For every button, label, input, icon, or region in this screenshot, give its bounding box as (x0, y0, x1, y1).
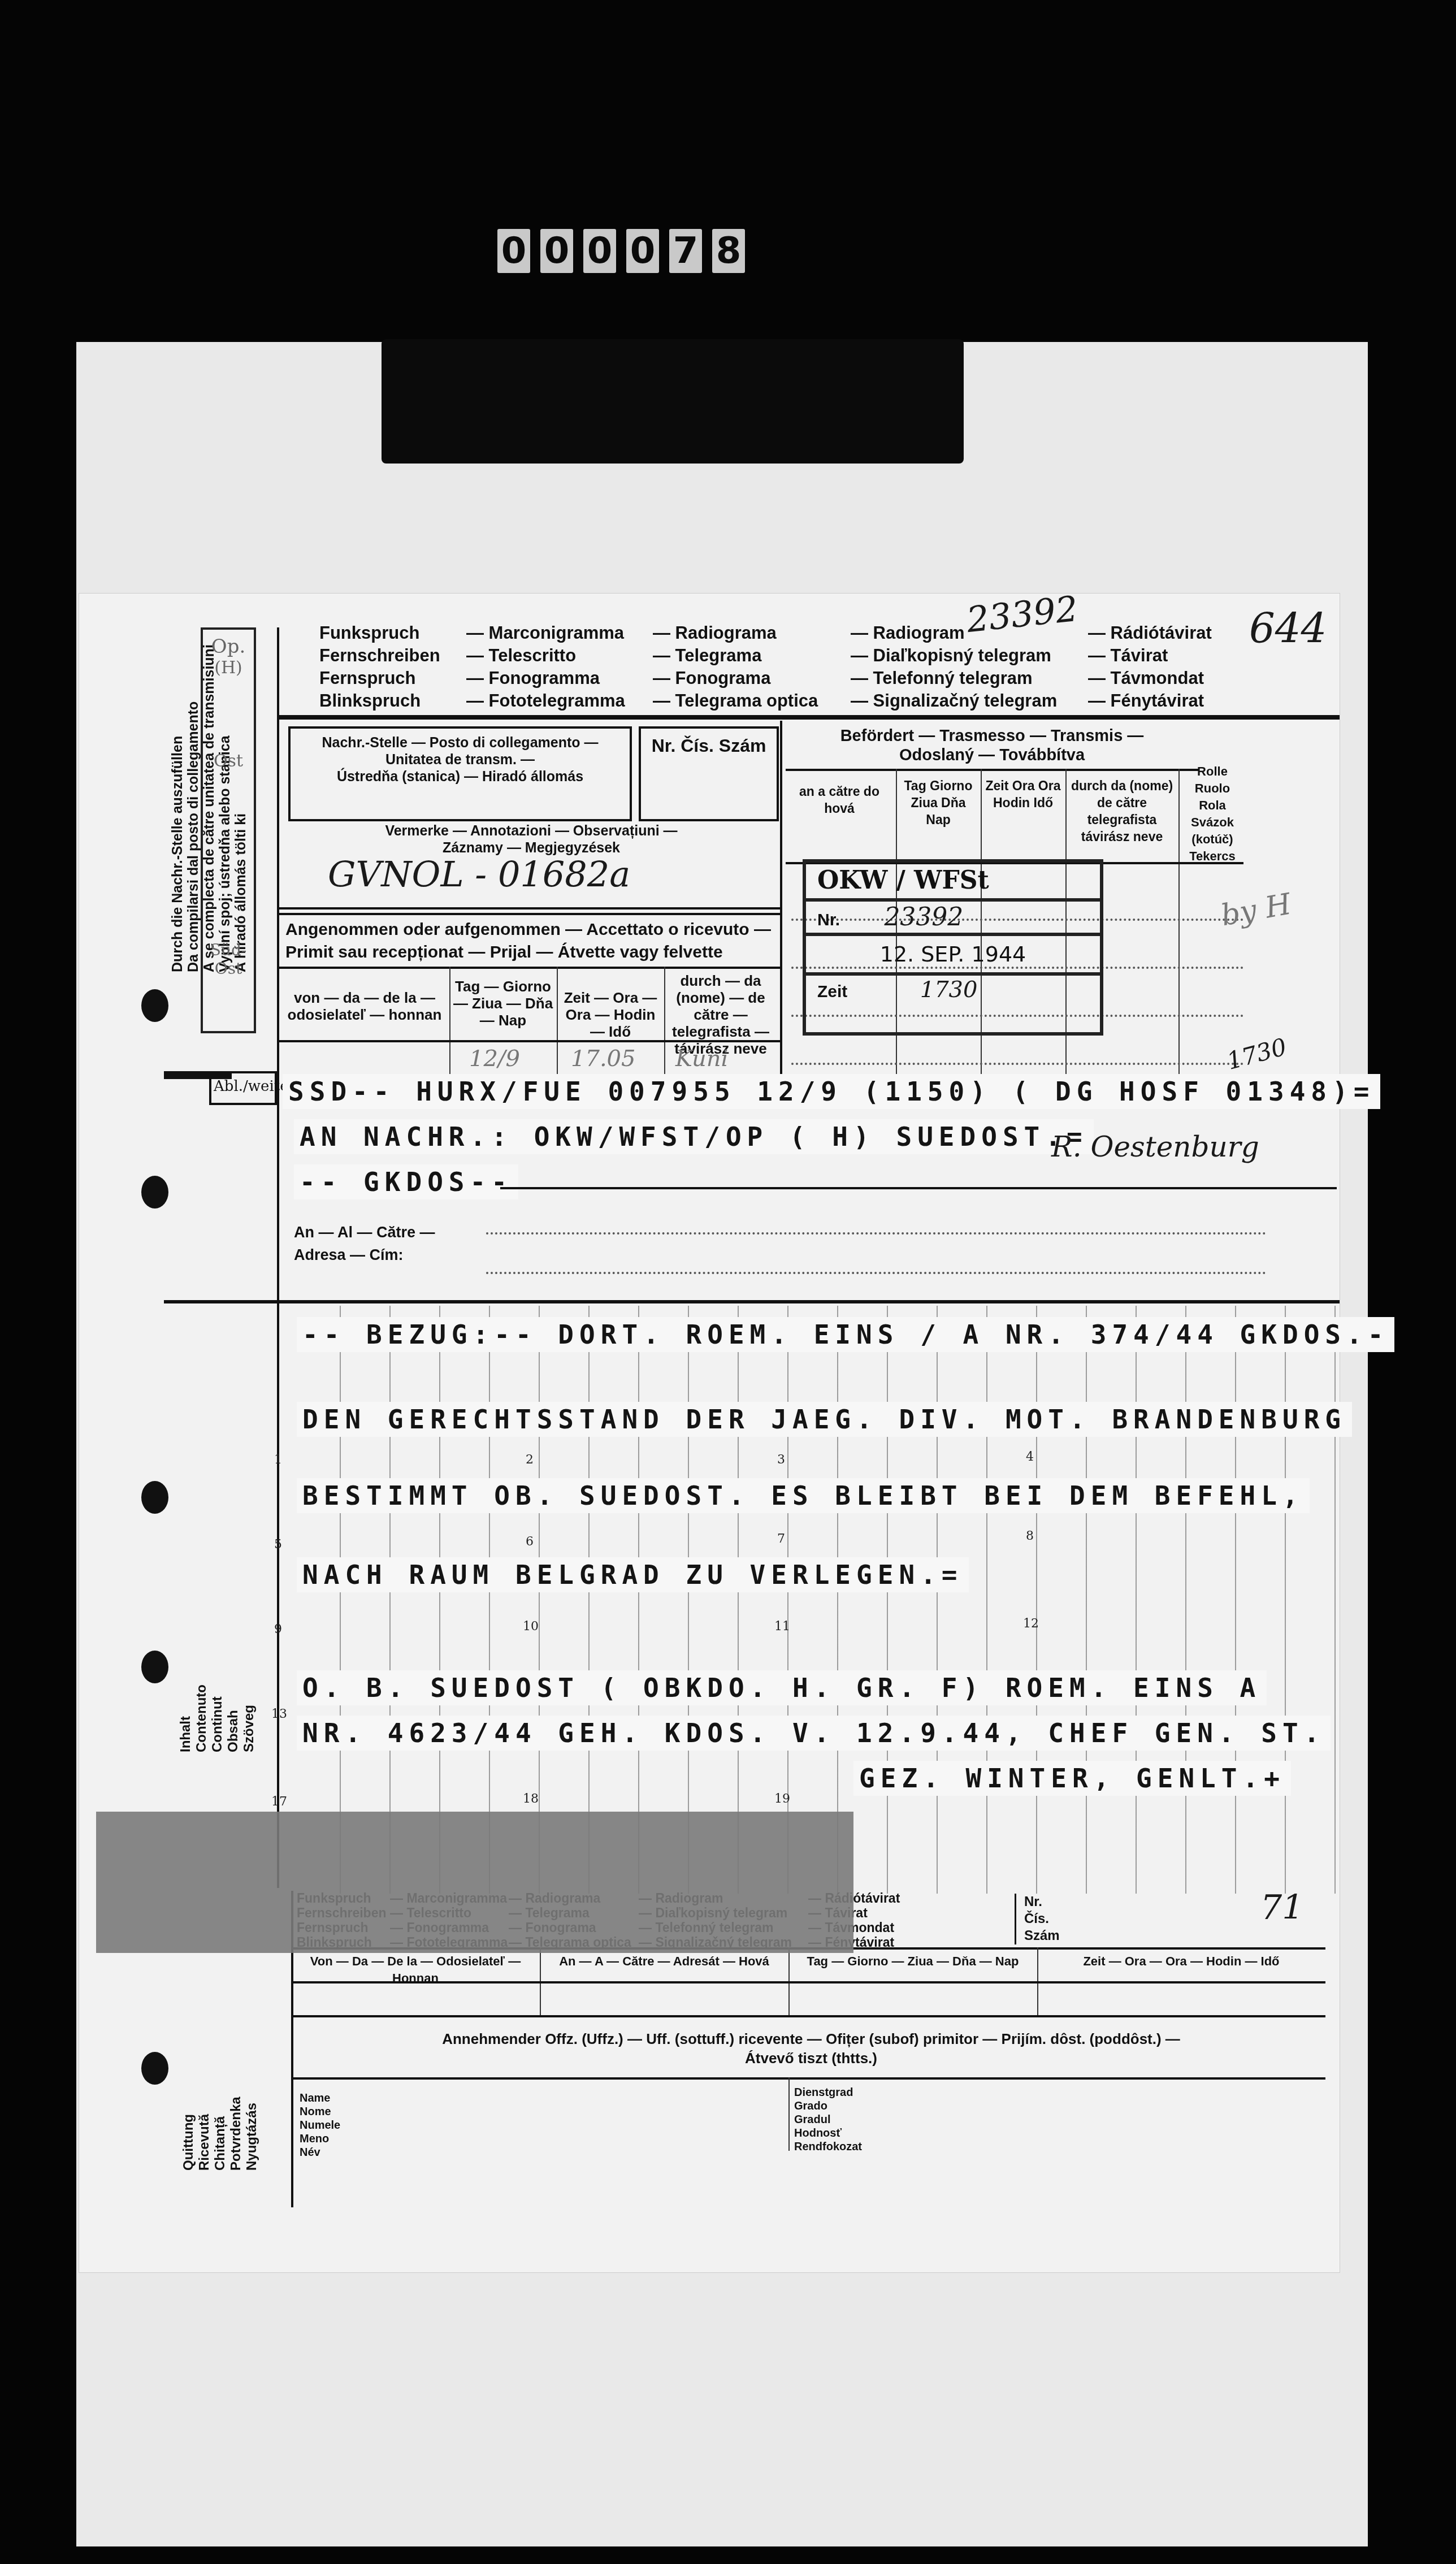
telex-line: SSD-- HURX/FUE 007955 12/9 (1150) ( DG H… (283, 1074, 1380, 1109)
station-box: Nachr.-Stelle — Posto di collegamento — … (288, 726, 632, 821)
station-label: Nachr.-Stelle — Posto di collegamento — (291, 734, 630, 751)
content-label: Inhalt Contenuto Continut Obsah Szöveg (178, 1684, 257, 1752)
handwritten-time: 1730 (1224, 1033, 1289, 1075)
address-label: An — Al — Către — Adresa — Cím: (294, 1221, 435, 1266)
forwarded-label-line: Odoslaný — Továbbítva (786, 746, 1198, 765)
officer-label-line: Annehmender Offz. (Uffz.) — Uff. (sottuf… (294, 2029, 1328, 2048)
telex-line: GEZ. WINTER, GENLT.+ (853, 1761, 1291, 1796)
number-label: Nr. Čís. Szám (641, 735, 777, 756)
handwritten-page-number: 644 (1249, 605, 1327, 652)
stamp-h: (H) (203, 658, 254, 678)
name-label: Name (300, 2091, 340, 2105)
telex-line: -- BEZUG:-- DORT. ROEM. EINS / A NR. 374… (297, 1317, 1394, 1352)
left-border (277, 627, 279, 1888)
punch-hole (141, 1651, 168, 1683)
counter-digit: 0 (540, 229, 573, 273)
received-time-value: 17.05 (571, 1046, 636, 1072)
grid-number: 17 (271, 1795, 287, 1809)
received-day-value: 12/9 (469, 1046, 520, 1072)
name-label: Numele (300, 2119, 340, 2132)
type-hu: — Fénytávirat (1088, 691, 1204, 711)
rank-label: Grado (794, 2099, 862, 2113)
grid-number: 13 (271, 1707, 287, 1721)
content-label-line: Continut (210, 1684, 226, 1752)
grid-number: 12 (1023, 1617, 1039, 1631)
grid-number: 8 (1026, 1529, 1034, 1543)
divider (786, 769, 1198, 771)
side-stamp-box: Op. (H) Ost Süd-Ost (201, 627, 256, 1033)
message-type-row: Blinkspruch— Fototelegramma— Telegrama o… (319, 690, 1204, 712)
type-sk: — Diaľkopisný telegram (851, 644, 1088, 667)
remarks-handwritten: GVNOL - 01682a (328, 854, 630, 895)
name-label: Nome (300, 2105, 340, 2119)
receipt-side-label-line: Nyugtázás (244, 2097, 260, 2171)
station-label: Ústredňa (stanica) — Hiradó állomás (291, 768, 630, 785)
text-grid (291, 1306, 1340, 1894)
telex-line: NR. 4623/44 GEH. KDOS. V. 12.9.44, CHEF … (297, 1716, 1331, 1751)
receipt-handwritten-number: 71 (1260, 1888, 1303, 1928)
remarks-label: Vermerke — Annotazioni — Observațiuni — … (288, 822, 774, 856)
black-marker (164, 1071, 232, 1079)
officer-label-line: Átvevő tiszt (thtts.) (294, 2048, 1328, 2068)
punch-hole (141, 1176, 168, 1209)
receipt-side-label-line: Quittung (181, 2097, 197, 2171)
receipt-col-day: Tag — Giorno — Ziua — Dňa — Nap (791, 1953, 1034, 1970)
rank-label: Rendfokozat (794, 2140, 862, 2154)
signature: R. Oestenburg (1051, 1131, 1259, 1163)
type-ro: — Radiograma (653, 622, 851, 644)
rank-label: Hodnosť (794, 2126, 862, 2140)
type-ro: — Fonograma (653, 667, 851, 690)
name-labels: Name Nome Numele Meno Név (300, 2091, 340, 2159)
number-box: Nr. Čís. Szám (639, 726, 779, 821)
forwarded-col-time: Zeit Ora Ora Hodin Idő (983, 777, 1063, 811)
punch-hole (141, 989, 168, 1022)
rank-labels: Dienstgrad Grado Gradul Hodnosť Rendfoko… (794, 2086, 862, 2154)
address-line (486, 1272, 1266, 1274)
adhesive-tape (96, 1812, 853, 1953)
stamp-ref-value: 23392 (884, 903, 963, 932)
received-col-by: durch — da (nome) — de către — telegrafi… (667, 972, 774, 1057)
received-label-line: Primit sau recepționat — Prijal — Átvett… (285, 941, 771, 964)
receipt-side-label-line: Chitanță (213, 2097, 228, 2171)
grid-number: 9 (274, 1622, 282, 1636)
grid-number: 3 (777, 1453, 785, 1467)
receipt-side-label-line: Ricevută (197, 2097, 213, 2171)
grid-number: 19 (774, 1792, 790, 1806)
rank-label: Gradul (794, 2113, 862, 2126)
name-label: Meno (300, 2132, 340, 2146)
type-de: Fernschreiben (319, 644, 466, 667)
stamp-ost: Ost (203, 751, 254, 771)
type-ro: — Telegrama (653, 644, 851, 667)
divider (277, 913, 780, 915)
forwarded-label: Befördert — Trasmesso — Transmis — Odosl… (786, 726, 1198, 765)
header-divider (277, 715, 1340, 720)
message-type-row: Fernspruch— Fonogramma— Fonograma— Telef… (319, 667, 1204, 690)
grid-number: 4 (1026, 1450, 1034, 1464)
content-label-line: Inhalt (178, 1684, 194, 1752)
counter-digit: 8 (712, 229, 745, 273)
stamp-date: 12. SEP. 1944 (806, 936, 1100, 976)
side-instruction-line: Durch die Nachr.-Stelle auszufüllen (170, 644, 185, 972)
forwarded-label-line: Befördert — Trasmesso — Transmis — (786, 726, 1198, 746)
receipt-number-label-line: Szám (1024, 1928, 1060, 1944)
binder-clip (382, 339, 964, 464)
telex-line: DEN GERECHTSSTAND DER JAEG. DIV. MOT. BR… (297, 1402, 1352, 1437)
side-instruction-line: Da compilarsi dal posto di collegamento (185, 644, 201, 972)
type-it: — Telescritto (466, 644, 653, 667)
col-divider (1178, 769, 1180, 1094)
punch-hole (141, 2052, 168, 2085)
grid-number: 1 (274, 1453, 282, 1467)
address-label-line: An — Al — Către — (294, 1221, 435, 1244)
type-hu: — Rádiótávirat (1088, 623, 1212, 643)
remarks-label-line: Vermerke — Annotazioni — Observațiuni — (288, 822, 774, 839)
divider (291, 1981, 1325, 1983)
counter-digit: 0 (583, 229, 616, 273)
received-col-from: von — da — de la — odosielateľ — honnan (283, 989, 447, 1023)
station-label: Unitatea de transm. — (291, 751, 630, 768)
stamp-op: Op. (203, 635, 254, 658)
type-de: Blinkspruch (319, 690, 466, 712)
type-it: — Marconigramma (466, 622, 653, 644)
grid-number: 6 (526, 1535, 534, 1549)
divider (500, 1187, 1337, 1189)
received-col-day: Tag — Giorno — Ziua — Dňa — Nap (452, 978, 554, 1029)
divider (164, 1300, 1340, 1303)
receipt-number-label-line: Nr. (1024, 1894, 1060, 1911)
receipt-number-label: Nr. Čís. Szám (1015, 1894, 1060, 1944)
divider (277, 907, 780, 909)
counter-digit: 0 (497, 229, 530, 273)
rank-label: Dienstgrad (794, 2086, 862, 2099)
address-line (486, 1232, 1266, 1235)
received-stamp: OKW / WFSt Nr. 23392 12. SEP. 1944 Zeit … (803, 859, 1103, 1036)
stamp-title: OKW / WFSt (806, 863, 1100, 902)
receipt-number-label-line: Čís. (1024, 1911, 1060, 1928)
stamp-time-label: Zeit (817, 982, 847, 1001)
received-label-line: Angenommen oder aufgenommen — Accettato … (285, 919, 771, 941)
divider (291, 2015, 1325, 2017)
message-type-row: Fernschreiben— Telescritto— Telegrama— D… (319, 644, 1168, 667)
counter-digit: 0 (626, 229, 659, 273)
forwarded-col-day: Tag Giorno Ziua Dňa Nap (899, 777, 978, 828)
forwarded-col-to: an a către do hová (786, 783, 893, 817)
content-label-line: Contenuto (194, 1684, 210, 1752)
content-label-line: Szöveg (241, 1684, 257, 1752)
name-label: Név (300, 2146, 340, 2159)
type-de: Fernspruch (319, 667, 466, 690)
grid-number: 10 (523, 1619, 539, 1634)
address-label-line: Adresa — Cím: (294, 1244, 435, 1266)
telegram-form: Durch die Nachr.-Stelle auszufüllen Da c… (79, 594, 1340, 2272)
divider (277, 967, 780, 969)
section-divider (780, 721, 782, 1094)
divider (291, 2077, 1325, 2080)
grid-number: 5 (274, 1537, 282, 1552)
receipt-col-time: Zeit — Ora — Ora — Hodin — Idő (1040, 1953, 1323, 1970)
col-divider (788, 2077, 790, 2151)
content-label-line: Obsah (226, 1684, 241, 1752)
grid-number: 2 (526, 1453, 534, 1467)
stamp-time-value: 1730 (920, 977, 978, 1003)
received-label: Angenommen oder aufgenommen — Accettato … (285, 919, 771, 964)
stamp-sued-ost: Süd-Ost (203, 941, 254, 978)
received-col-time: Zeit — Ora — Ora — Hodin — Idő (560, 989, 661, 1040)
forwarded-col-roll: Rolle Ruolo Rola Svázok (kotúč) Tekercs (1181, 763, 1243, 865)
divider (277, 1040, 780, 1042)
type-ro: — Telegrama optica (653, 690, 851, 712)
receipt-col-to: An — A — Către — Adresát — Hová (543, 1953, 786, 1970)
type-sk: — Signalizačný telegram (851, 690, 1088, 712)
type-hu: — Távmondat (1088, 668, 1204, 688)
telex-line: -- GKDOS-- (294, 1164, 518, 1199)
type-it: — Fototelegramma (466, 690, 653, 712)
type-sk: — Telefonný telegram (851, 667, 1088, 690)
received-by-value: Kuni (675, 1046, 728, 1072)
punch-hole (141, 1481, 168, 1514)
frame-counter: 0 0 0 0 7 8 (497, 229, 745, 273)
forwarded-col-by: durch da (nome) de către telegrafista tá… (1068, 777, 1176, 845)
telex-line: BESTIMMT OB. SUEDOST. ES BLEIBT BEI DEM … (297, 1478, 1310, 1513)
type-de: Funkspruch (319, 622, 466, 644)
handwritten-initials: by H (1219, 887, 1294, 933)
grid-number: 11 (774, 1619, 790, 1634)
counter-digit: 7 (669, 229, 702, 273)
grid-number: 18 (523, 1792, 539, 1806)
telex-line: NACH RAUM BELGRAD ZU VERLEGEN.= (297, 1557, 969, 1592)
type-hu: — Távirat (1088, 646, 1168, 665)
officer-label: Annehmender Offz. (Uffz.) — Uff. (sottuf… (294, 2029, 1328, 2068)
grid-number: 7 (777, 1532, 785, 1546)
telex-line: AN NACHR.: OKW/WFST/OP ( H) SUEDOST.= (294, 1119, 1094, 1154)
dotted-line (791, 1063, 1243, 1065)
type-it: — Fonogramma (466, 667, 653, 690)
stamp-ref-label: Nr. (817, 911, 840, 929)
receipt-side-label-line: Potvrdenka (228, 2097, 244, 2171)
telex-line: O. B. SUEDOST ( OBKDO. H. GR. F) ROEM. E… (297, 1670, 1267, 1705)
receipt-side-label: Quittung Ricevută Chitanță Potvrdenka Ny… (181, 2097, 260, 2171)
